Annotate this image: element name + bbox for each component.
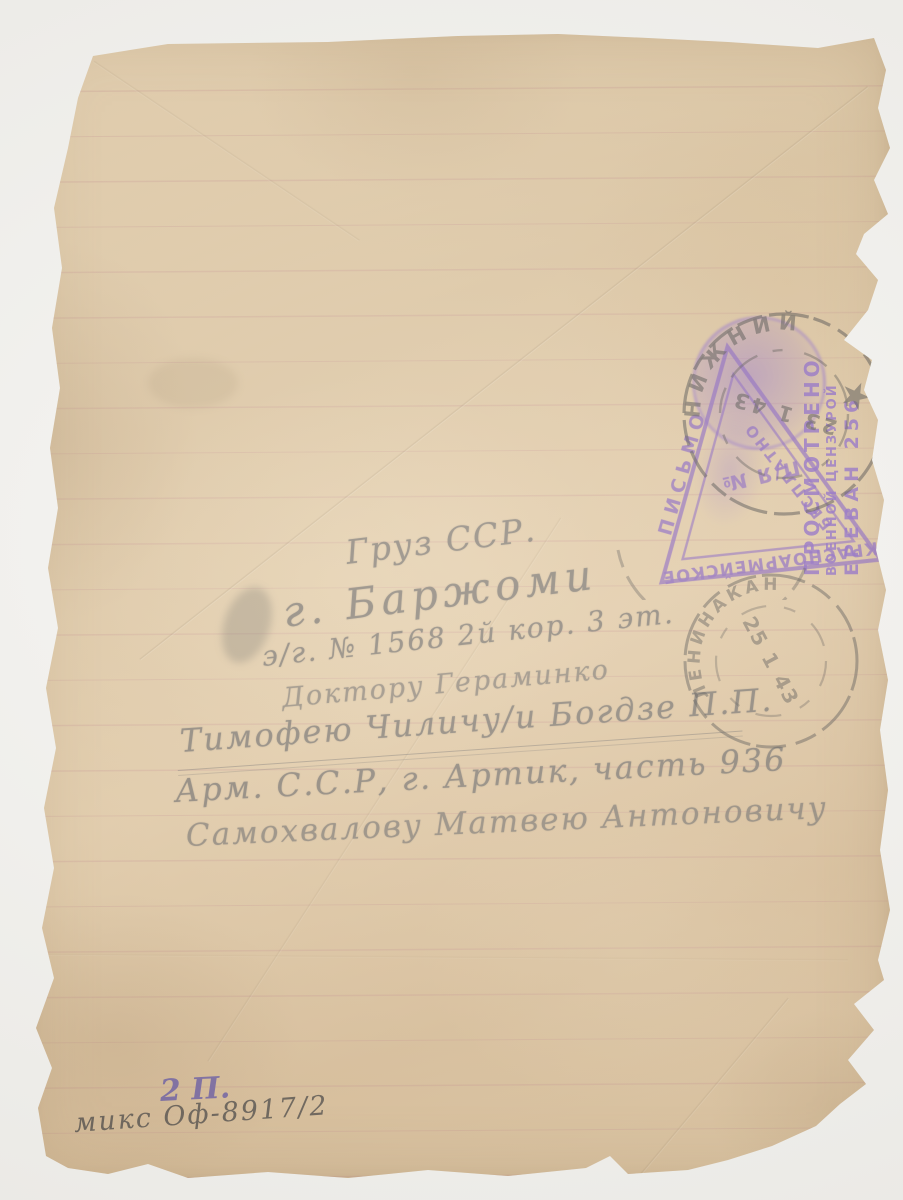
postmark-date-text: 23 1 43 [729,387,840,440]
scanned-photo: Груз ССР. г. Баржоми э/г. № 1568 2й кор.… [0,0,903,1200]
stain-smudge [148,358,238,408]
postmark-date-text: 25 1 43 [738,612,805,709]
envelope-paper: Груз ССР. г. Баржоми э/г. № 1568 2й кор.… [28,28,890,1180]
postmark-fragment-arc [600,480,830,600]
blue-ink-dot [887,252,903,267]
postmark-star-icon: ★ [832,371,878,422]
